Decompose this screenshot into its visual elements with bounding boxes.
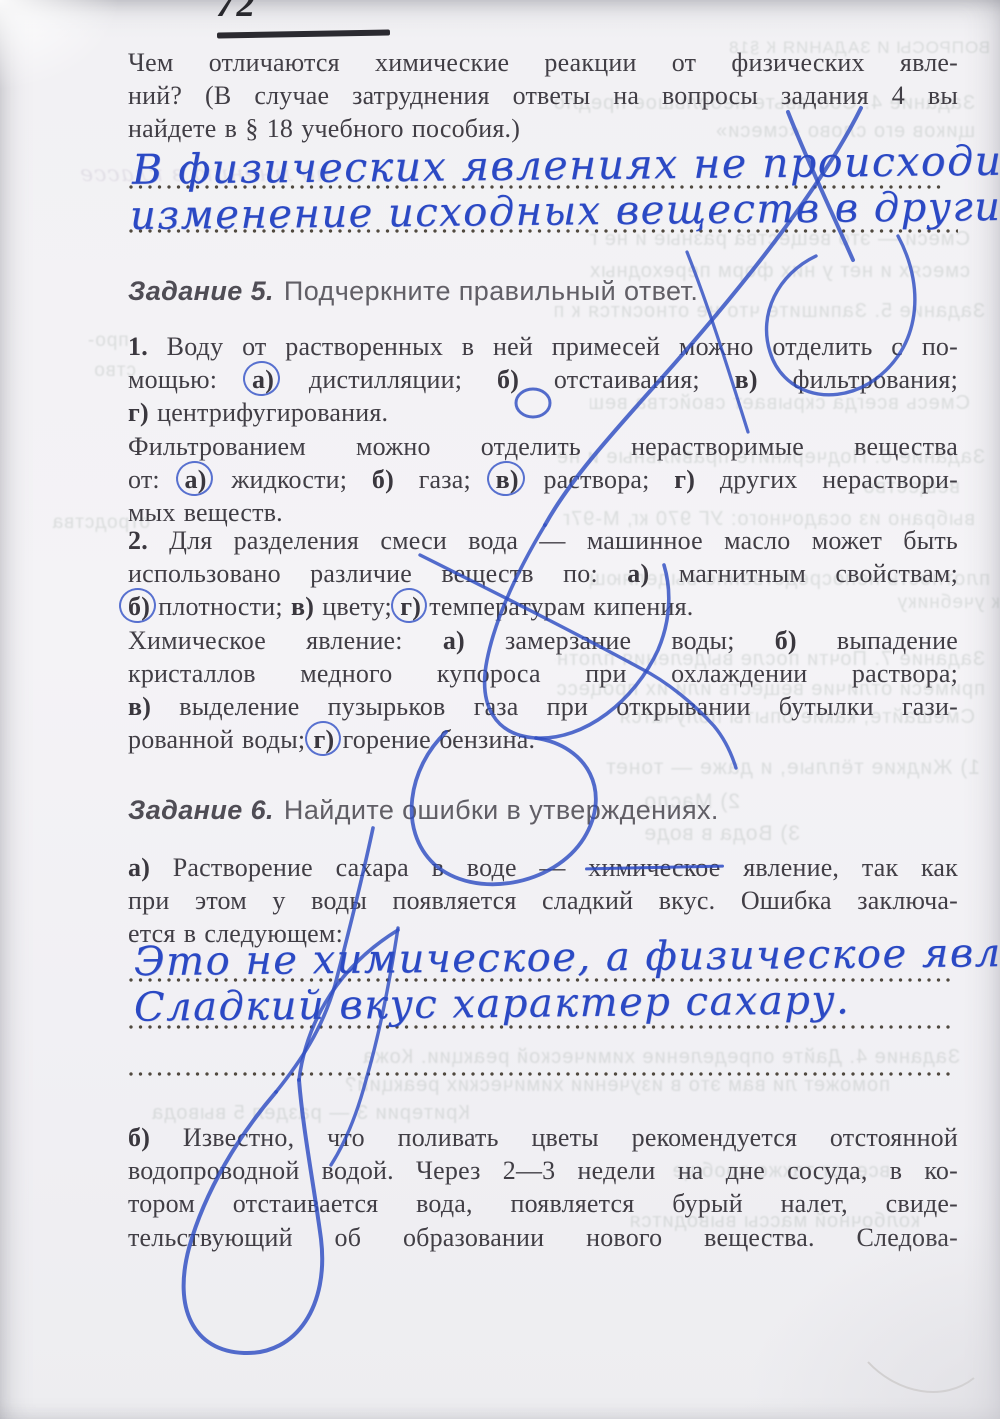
answer-circle-mark: г) [314,725,335,754]
printed-text: при этом у воды появляется сладкий вкус.… [128,886,958,915]
printed-text: газа; [394,465,496,494]
printed-text: 1. [128,332,148,361]
question2-paragraph: 2. Для разделения смеси вода — машинное … [128,524,958,756]
printed-line: б) плотности; в) цвету; г) температурам … [128,590,958,623]
printed-text: мощью: [128,365,252,394]
printed-line: рованной воды; г) горение бензина. [128,723,958,756]
printed-text: других нераствори- [695,465,958,494]
printed-line: кристаллов медного купороса при охлажден… [128,657,958,690]
page-number-underline [217,29,390,38]
printed-text: центрифугирования. [149,398,388,427]
printed-text: температурам кипения. [421,592,693,621]
handwritten-answer: Сладкий вкус характер сахару. [134,977,851,1030]
printed-text: рованной воды; [128,725,314,754]
bleedthrough-text: 1) Жидкие тёплые, и даже — тонет [600,756,980,780]
printed-text: Для разделения смеси вода — машинное мас… [148,526,958,555]
printed-text: горение бензина. [334,725,535,754]
printed-text: в) [291,592,314,621]
printed-text: а) [443,626,465,655]
printed-line: Фильтрованием можно отделить нерастворим… [128,430,958,463]
printed-text: Растворение сахара в воде — [150,853,588,882]
printed-text: Воду от растворенных в ней примесей можн… [148,332,958,361]
task6-title: Найдите ошибки в утверждениях. [284,795,719,825]
printed-text: а) [627,559,649,588]
printed-text: г) [128,398,149,427]
printed-text: магнитным свойствам; [649,559,958,588]
printed-line: от: а) жидкости; б) газа; в) раствора; г… [128,463,958,496]
printed-text: дистилляции; [274,365,497,394]
workbook-page-scan: ВОПРОСЫ И ЗАДАНИЯ К §18Задание 4. Состав… [0,0,1000,1419]
printed-text: мых веществ. [128,498,283,527]
printed-text: ний? (В случае затруднения ответы на воп… [128,81,958,110]
answer-circle-mark: б) [128,592,150,621]
task5-header: Задание 5.Подчеркните правильный ответ. [128,276,698,307]
answer-circle-mark: а) [252,365,274,394]
question1-paragraph: 1. Воду от растворенных в ней примесей м… [128,330,958,529]
bleedthrough-text: -про- [66,330,136,352]
printed-text: замерзание воды; [465,626,775,655]
printed-line: водопроводной водой. Через 2—3 недели на… [128,1154,958,1187]
task6-header: Задание 6.Найдите ошибки в утверждениях. [128,795,719,826]
task5-title: Подчеркните правильный ответ. [284,276,698,306]
printed-text: плотности; [150,592,291,621]
dotted-answer-line [128,1071,954,1077]
printed-line: мощью: а) дистилляции; б) отстаивания; в… [128,363,958,396]
printed-text: 2. [128,526,148,555]
printed-text: цвету; [314,592,400,621]
bleedthrough-text: Задание 4. Дайте определение химической … [300,1046,960,1069]
printed-line: а) Растворение сахара в воде — химическо… [128,851,958,884]
printed-text: а) [128,853,150,882]
printed-text: выделение пузырьков газа при открывании … [151,692,958,721]
printed-text: тором отстаивается вода, появляется буры… [128,1189,958,1218]
printed-text: жидкости; [207,465,372,494]
printed-line: Химическое явление: а) замерзание воды; … [128,624,958,657]
printed-text: водопроводной водой. Через 2—3 недели на… [128,1156,958,1185]
intro-paragraph: Чем отличаются химические реакции от физ… [128,46,958,146]
bleedthrough-text: ство [66,360,136,382]
struck-word: химическое [588,853,720,882]
page-number: 72 [216,0,257,26]
printed-line: б) Известно, что поливать цветы рекоменд… [128,1121,958,1154]
printed-line: 1. Воду от растворенных в ней примесей м… [128,330,958,363]
printed-line: ний? (В случае затруднения ответы на воп… [128,79,958,112]
printed-line: 2. Для разделения смеси вода — машинное … [128,524,958,557]
printed-text: выпадение [797,626,958,655]
printed-line: в) выделение пузырьков газа при открыван… [128,690,958,723]
answer-circle-mark: в) [496,465,519,494]
printed-text: в) [128,692,151,721]
printed-text: кристаллов медного купороса при охлажден… [128,659,958,688]
task6-label: Задание 6. [128,795,274,825]
printed-text: Химическое явление: [128,626,443,655]
printed-line: г) центрифугирования. [128,396,958,429]
printed-text: Фильтрованием можно отделить нерастворим… [128,432,958,461]
printed-text: б) [128,1123,150,1152]
printed-line: при этом у воды появляется сладкий вкус.… [128,884,958,917]
printed-text: г) [674,465,695,494]
printed-text: раствора; [519,465,675,494]
printed-text: отстаивания; [519,365,735,394]
printed-text: явление, так как [721,853,958,882]
printed-text: б) [775,626,797,655]
printed-line: Чем отличаются химические реакции от физ… [128,46,958,79]
scan-corner-shade [740,1219,1000,1419]
answer-circle-mark: г) [400,592,421,621]
printed-line: использовано различие веществ по: а) маг… [128,557,958,590]
printed-text: использовано различие веществ по: [128,559,627,588]
handwritten-answer: Это не химическое, а физическое явление. [134,929,1000,985]
bleedthrough-text: поможет ли вам это в изучении химических… [330,1074,890,1097]
printed-text: Чем отличаются химические реакции от физ… [128,48,958,77]
task5-label: Задание 5. [128,276,274,306]
printed-text: в) [735,365,758,394]
printed-text: б) [497,365,519,394]
printed-text: б) [372,465,394,494]
answer-circle-mark: а) [185,465,207,494]
printed-line: тором отстаивается вода, появляется буры… [128,1187,958,1220]
printed-text: фильтрования; [758,365,958,394]
printed-text: найдете в § 18 учебного пособия.) [128,114,520,143]
printed-text: Известно, что поливать цветы рекомендует… [150,1123,958,1152]
